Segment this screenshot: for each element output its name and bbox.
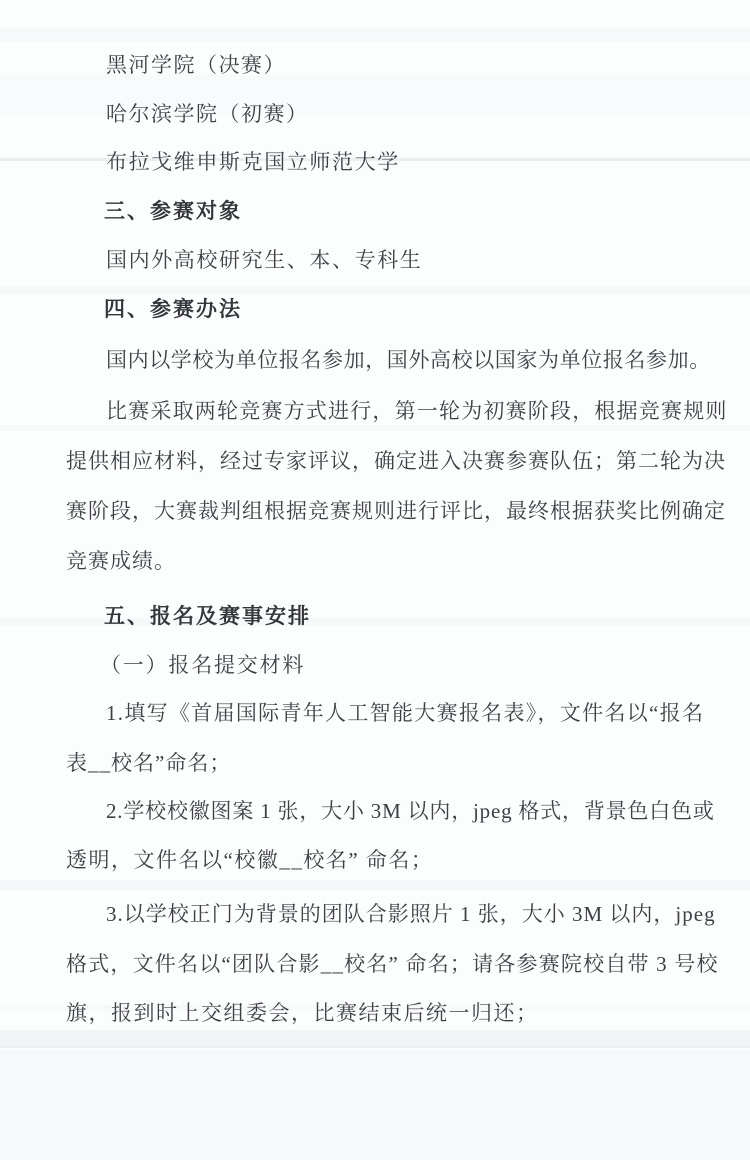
- body-line: 比赛采取两轮竞赛方式进行，第一轮为初赛阶段，根据竞赛规则: [106, 398, 728, 424]
- body-line: 国内以学校为单位报名参加，国外高校以国家为单位报名参加。: [106, 347, 711, 373]
- body-line: 表__校名”命名；: [66, 750, 231, 776]
- body-line: 旗，报到时上交组委会，比赛结束后统一归还；: [66, 1000, 539, 1026]
- subsection-heading: （一）报名提交材料: [100, 652, 305, 678]
- scan-band: [0, 880, 750, 890]
- scan-band: [0, 1046, 750, 1048]
- section-heading: 五、报名及赛事安排: [104, 603, 311, 629]
- scan-band: [0, 425, 750, 431]
- venue-line: 黑河学院（决赛）: [106, 52, 286, 78]
- scan-band: [0, 1030, 750, 1046]
- body-line: 2.学校校徽图案 1 张，大小 3M 以内，jpeg 格式，背景色白色或: [106, 798, 715, 824]
- scan-band: [0, 1050, 750, 1160]
- body-line: 提供相应材料，经过专家评议，确定进入决赛参赛队伍；第二轮为决: [66, 448, 726, 474]
- body-line: 透明，文件名以“校徽__校名” 命名；: [66, 847, 433, 873]
- document-page: 黑河学院（决赛） 哈尔滨学院（初赛） 布拉戈维申斯克国立师范大学 三、参赛对象 …: [0, 0, 750, 1160]
- body-line: 赛阶段，大赛裁判组根据竞赛规则进行评比，最终根据获奖比例确定: [66, 498, 726, 524]
- venue-line: 哈尔滨学院（初赛）: [106, 101, 309, 127]
- body-line: 格式，文件名以“团队合影__校名” 命名；请各参赛院校自带 3 号校: [66, 951, 719, 977]
- body-line: 1.填写《首届国际青年人工智能大赛报名表》，文件名以“报名: [106, 700, 704, 726]
- section-heading: 四、参赛办法: [104, 296, 242, 322]
- body-line: 竞赛成绩。: [66, 548, 176, 574]
- body-line: 3.以学校正门为背景的团队合影照片 1 张，大小 3M 以内，jpeg: [106, 901, 716, 927]
- scan-band: [0, 287, 750, 295]
- body-line: 国内外高校研究生、本、专科生: [106, 247, 422, 273]
- scan-band: [0, 28, 750, 42]
- section-heading: 三、参赛对象: [104, 198, 242, 224]
- venue-line: 布拉戈维申斯克国立师范大学: [106, 149, 400, 175]
